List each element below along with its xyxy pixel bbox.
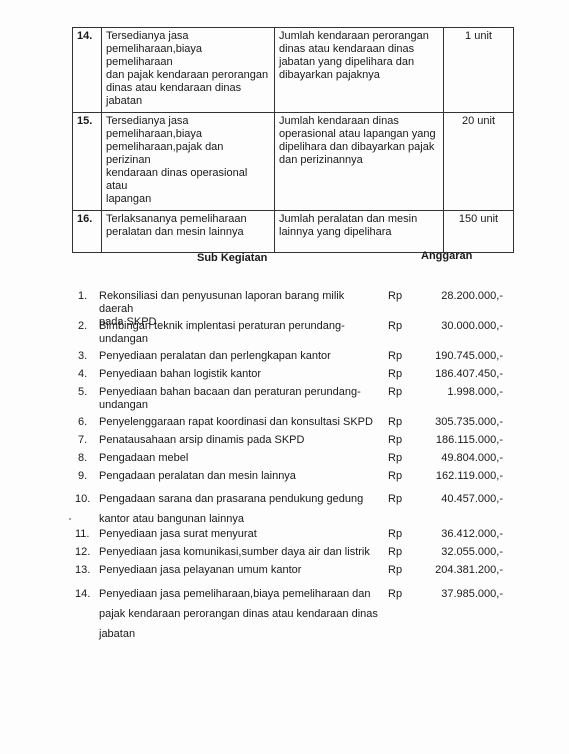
- item-description: Penyediaan bahan logistik kantor: [99, 368, 381, 381]
- amount-value: 37.985.000,-: [441, 584, 503, 604]
- currency-label: Rp: [388, 564, 402, 577]
- item-number: 8.: [78, 452, 87, 465]
- item-number: 4.: [78, 368, 87, 381]
- amount-value: 305.735.000,-: [435, 416, 503, 429]
- table-row: 15.Tersedianya jasapemeliharaan,biayapem…: [73, 113, 514, 211]
- sub-kegiatan-header: Sub Kegiatan: [197, 252, 267, 264]
- item-number: 10.: [75, 489, 90, 509]
- indicator-cell: Jumlah kendaraan dinasoperasional atau l…: [275, 113, 444, 211]
- output-cell: Tersedianya jasapemeliharaan,biaya pemel…: [102, 28, 275, 113]
- currency-label: Rp: [388, 434, 402, 447]
- target-cell: 1 unit: [444, 28, 514, 113]
- currency-label: Rp: [388, 489, 402, 509]
- item-number: 6.: [78, 416, 87, 429]
- item-number: 11.: [75, 528, 89, 541]
- currency-label: Rp: [388, 368, 402, 381]
- item-number: 1.: [78, 290, 87, 303]
- amount-value: 186.115.000,-: [436, 434, 503, 447]
- currency-label: Rp: [388, 528, 402, 541]
- document-page: 14.Tersedianya jasapemeliharaan,biaya pe…: [0, 0, 569, 754]
- item-number: 12.: [75, 546, 90, 559]
- indicator-cell: Jumlah kendaraan perorangandinas atau ke…: [275, 28, 444, 113]
- target-cell: 150 unit: [444, 211, 514, 253]
- row-number: 14.: [73, 28, 102, 113]
- item-description: Penyediaan bahan bacaan dan peraturan pe…: [99, 386, 381, 412]
- currency-label: Rp: [388, 452, 402, 465]
- amount-value: 32.055.000,-: [441, 546, 503, 559]
- currency-label: Rp: [388, 584, 402, 604]
- item-description: Penyediaan jasa pelayanan umum kantor: [99, 564, 381, 577]
- amount-value: 190.745.000,-: [435, 350, 503, 363]
- amount-value: 186.407.450,-: [435, 368, 503, 381]
- indicator-table: 14.Tersedianya jasapemeliharaan,biaya pe…: [72, 27, 514, 253]
- scan-speck: [69, 518, 71, 520]
- item-number: 14.: [75, 584, 90, 604]
- amount-value: 204.381.200,-: [435, 564, 503, 577]
- amount-value: 28.200.000,-: [441, 290, 503, 303]
- amount-value: 40.457.000,-: [441, 489, 503, 509]
- target-cell: 20 unit: [444, 113, 514, 211]
- currency-label: Rp: [388, 546, 402, 559]
- item-number: 9.: [78, 470, 87, 483]
- amount-value: 1.998.000,-: [447, 386, 503, 399]
- indicator-cell: Jumlah peralatan dan mesinlainnya yang d…: [275, 211, 444, 253]
- item-number: 5.: [78, 386, 87, 399]
- currency-label: Rp: [388, 350, 402, 363]
- amount-value: 49.804.000,-: [441, 452, 503, 465]
- item-description: Penyediaan jasa surat menyurat: [99, 528, 381, 541]
- currency-label: Rp: [388, 386, 402, 399]
- table-row: 16.Terlaksananya pemeliharaanperalatan d…: [73, 211, 514, 253]
- item-description: Pengadaan peralatan dan mesin lainnya: [99, 470, 381, 483]
- item-description: Pengadaan sarana dan prasarana pendukung…: [99, 489, 381, 529]
- amount-value: 30.000.000,-: [441, 320, 503, 333]
- row-number: 16.: [73, 211, 102, 253]
- table-row: 14.Tersedianya jasapemeliharaan,biaya pe…: [73, 28, 514, 113]
- currency-label: Rp: [388, 290, 402, 303]
- currency-label: Rp: [388, 470, 402, 483]
- item-description: Pengadaan mebel: [99, 452, 381, 465]
- item-number: 2.: [78, 320, 87, 333]
- row-number: 15.: [73, 113, 102, 211]
- output-cell: Terlaksananya pemeliharaanperalatan dan …: [102, 211, 275, 253]
- item-description: Penyelenggaraan rapat koordinasi dan kon…: [99, 416, 381, 429]
- output-cell: Tersedianya jasapemeliharaan,biayapemeli…: [102, 113, 275, 211]
- amount-value: 162.119.000,-: [436, 470, 503, 483]
- currency-label: Rp: [388, 416, 402, 429]
- item-number: 7.: [78, 434, 87, 447]
- item-description: Penyediaan jasa komunikasi,sumber daya a…: [99, 546, 381, 559]
- item-description: Penatausahaan arsip dinamis pada SKPD: [99, 434, 381, 447]
- item-description: Bimbingan teknik implentasi peraturan pe…: [99, 320, 381, 346]
- item-description: Penyediaan peralatan dan perlengkapan ka…: [99, 350, 381, 363]
- item-number: 13.: [75, 564, 90, 577]
- item-number: 3.: [78, 350, 87, 363]
- anggaran-header: Anggaran: [421, 250, 472, 262]
- item-description: Penyediaan jasa pemeliharaan,biaya pemel…: [99, 584, 381, 644]
- amount-value: 36.412.000,-: [441, 528, 503, 541]
- currency-label: Rp: [388, 320, 402, 333]
